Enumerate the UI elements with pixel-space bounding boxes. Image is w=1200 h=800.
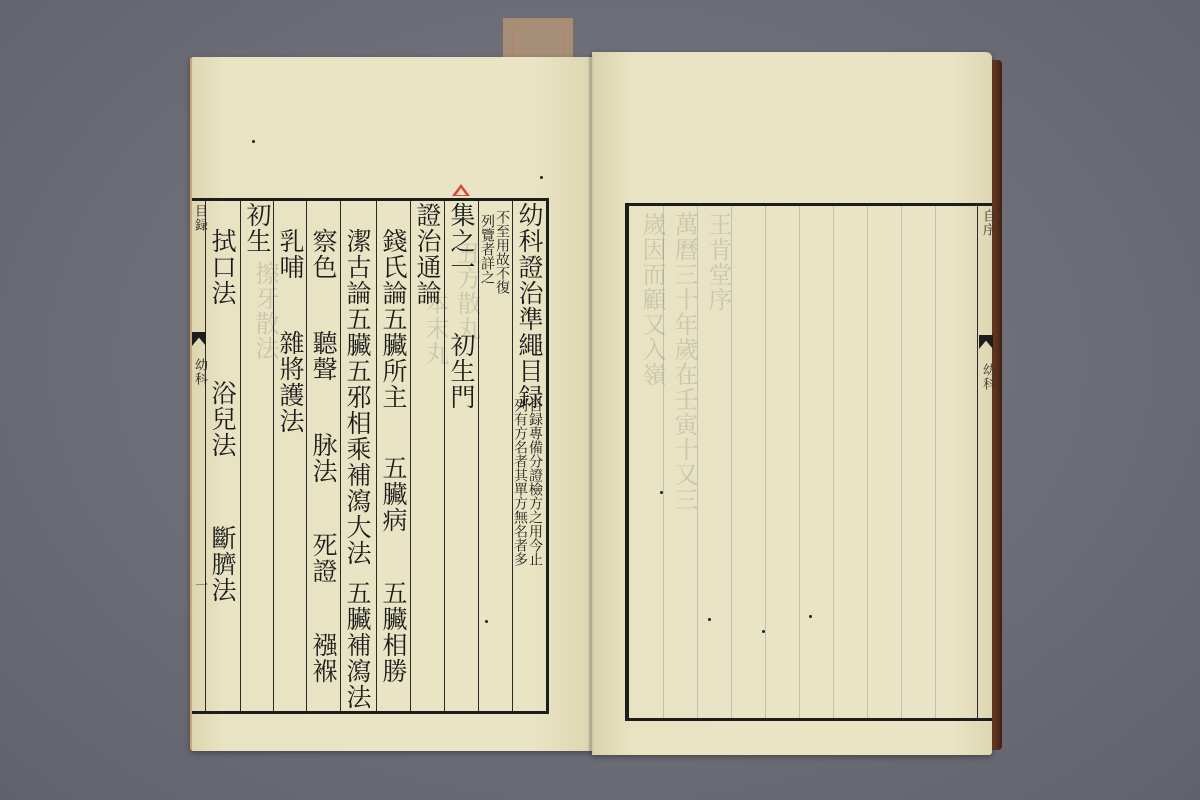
banxin-title: 目録	[192, 204, 206, 232]
banxin-right-book-name: 幼科	[980, 363, 994, 391]
banxin-right-title: 自序	[980, 209, 994, 237]
toc-entry: 乳哺	[275, 228, 305, 280]
toc-entry: 潔古論五臟五邪相乘補瀉大法	[342, 228, 372, 566]
fishtail-mark-icon	[192, 332, 206, 346]
ink-speck	[252, 140, 255, 143]
ink-speck	[485, 620, 488, 623]
banxin-page-number: 一	[192, 578, 206, 592]
red-triangle-mark	[452, 184, 470, 196]
section-subheading: 初生	[242, 202, 272, 254]
toc-entry: 襁褓	[308, 632, 338, 684]
book-title: 幼科證治準繩目録	[514, 202, 544, 410]
banxin-right: 自序 幼科	[977, 203, 992, 721]
title-note-right: 目録專備分證檢方之用今止	[527, 398, 542, 566]
ink-speck	[762, 630, 765, 633]
toc-entry: 聽聲	[308, 330, 338, 382]
ink-speck	[540, 176, 543, 179]
toc-entry: 雜將護法	[275, 330, 305, 434]
toc-entry: 證治通論	[412, 202, 442, 306]
ink-speck	[708, 618, 711, 621]
toc-entry: 死證	[308, 532, 338, 584]
section-heading: 初生門	[446, 332, 476, 410]
ink-speck	[660, 491, 663, 494]
toc-entry: 五臟相勝	[378, 580, 408, 684]
toc-entry: 拭口法	[207, 228, 237, 306]
note-right: 不至用故不復	[494, 210, 509, 294]
title-note-left: 列有方名者其單方無名者多	[512, 398, 527, 566]
fishtail-mark-icon	[979, 335, 993, 349]
book-gutter	[589, 55, 594, 755]
blank-ruled-frame: 嵗因而顧又入嶺 萬曆三十年歲在壬寅十又三 王肯堂序	[625, 203, 992, 721]
toc-entry: 斷臍法	[207, 525, 237, 603]
banxin-left: 目録 幼科 一	[192, 198, 206, 714]
toc-entry: 察色	[308, 228, 338, 280]
toc-entry: 五臟病	[378, 455, 408, 533]
toc-entry: 脉法	[308, 432, 338, 484]
volume-heading: 集之一	[446, 202, 476, 280]
toc-entry: 錢氏論五臟所主	[378, 228, 408, 410]
ink-speck	[809, 615, 812, 618]
toc-entry: 五臟補瀉法	[342, 580, 372, 710]
note-left: 列覽者詳之	[479, 214, 494, 284]
toc-entry: 浴兒法	[207, 380, 237, 458]
banxin-book-name: 幼科	[192, 358, 206, 386]
